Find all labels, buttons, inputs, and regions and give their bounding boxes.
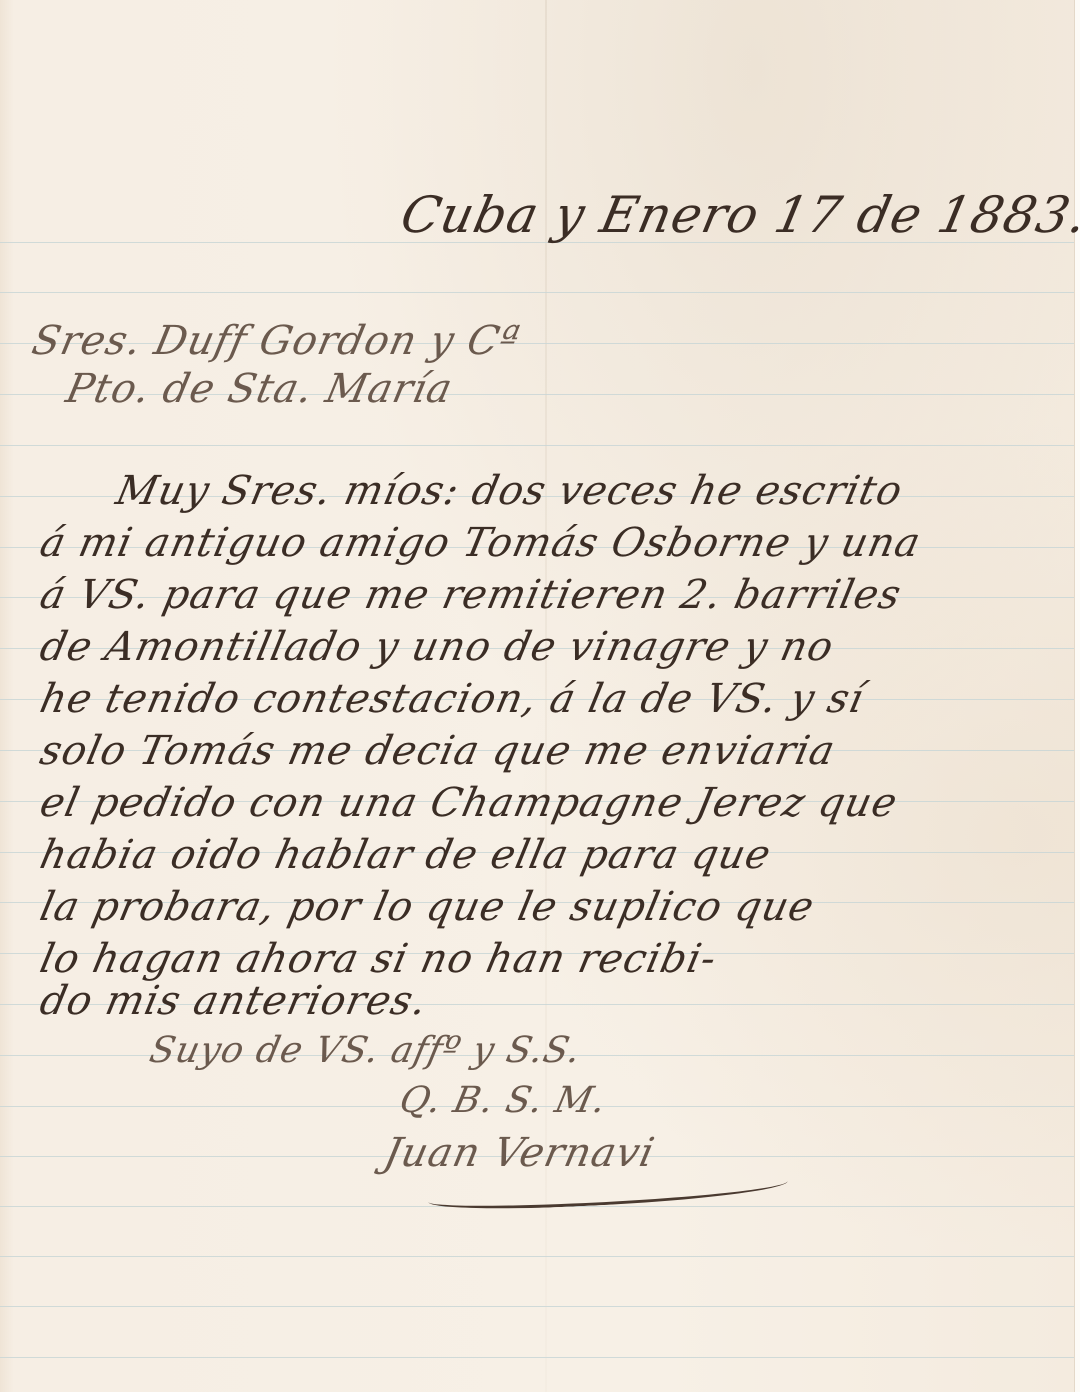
ruled-line xyxy=(0,1306,1074,1307)
body-line-5: he tenido contestacion, á la de VS. y sí xyxy=(36,676,868,722)
ruled-line xyxy=(0,1357,1074,1358)
body-line-10: lo hagan ahora si no han recibi- xyxy=(36,936,721,982)
ruled-line xyxy=(0,445,1074,446)
body-line-11: do mis anteriores. xyxy=(36,978,432,1024)
body-line-2: á mi antiguo amigo Tomás Osborne y una xyxy=(36,520,925,566)
ruled-line xyxy=(0,292,1074,293)
closing-line-2: Q. B. S. M. xyxy=(396,1080,610,1121)
closing-line-1: Suyo de VS. affº y S.S. xyxy=(146,1030,585,1071)
body-line-8: habia oido hablar de ella para que xyxy=(36,832,775,878)
body-line-6: solo Tomás me decia que me enviaria xyxy=(36,728,840,774)
body-line-3: á VS. para que me remitieren 2. barriles xyxy=(36,572,906,618)
body-line-4: de Amontillado y uno de vinagre y no xyxy=(36,624,838,670)
dateline: Cuba y Enero 17 de 1883. xyxy=(396,186,1080,244)
body-line-9: la probara, por lo que le suplico que xyxy=(36,884,819,930)
recipient-line-2: Pto. de Sta. María xyxy=(62,366,457,412)
body-line-7: el pedido con una Champagne Jerez que xyxy=(36,780,902,826)
recipient-line-1: Sres. Duff Gordon y Cª xyxy=(28,318,524,364)
signature: Juan Vernavi xyxy=(380,1130,659,1176)
ruled-line xyxy=(0,1256,1074,1257)
body-line-1: Muy Sres. míos: dos veces he escrito xyxy=(112,468,907,514)
